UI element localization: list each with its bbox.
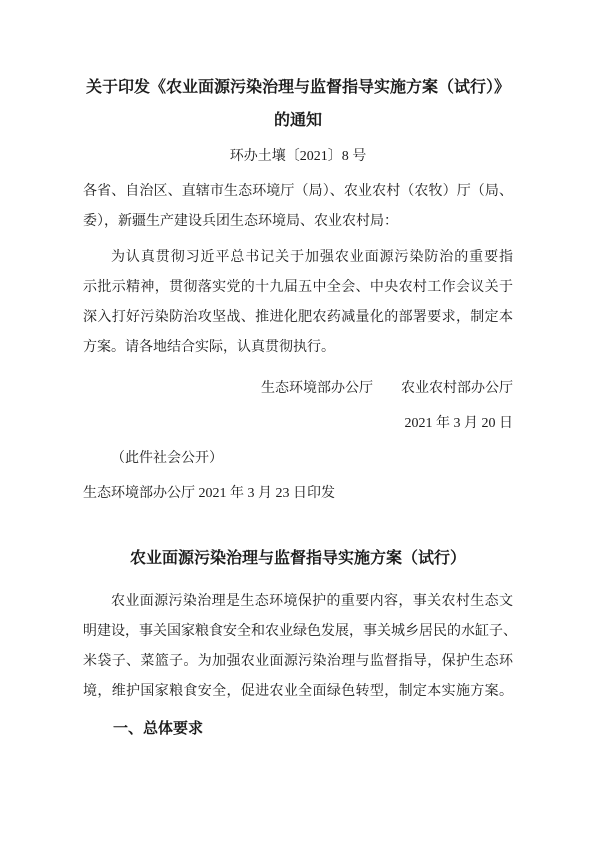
signature-date: 2021 年 3 月 20 日: [83, 406, 513, 441]
public-note: （此件社会公开）: [83, 441, 513, 476]
plan-intro-line-4: 境，维护国家粮食安全，促进农业全面绿色转型，制定本实施方案。: [83, 677, 513, 707]
signature-offices: 生态环境部办公厅 农业农村部办公厅: [83, 371, 513, 406]
notice-title-line-2: 的通知: [83, 103, 513, 136]
notice-title-line-1: 关于印发《农业面源污染治理与监督指导实施方案（试行）》: [83, 70, 513, 103]
recipients-line-2: 委），新疆生产建设兵团生态环境局、农业农村局：: [83, 207, 513, 237]
notice-title: 关于印发《农业面源污染治理与监督指导实施方案（试行）》 的通知: [83, 70, 513, 136]
plan-title: 农业面源污染治理与监督指导实施方案（试行）: [83, 543, 513, 573]
plan-intro-line-1: 农业面源污染治理是生态环境保护的重要内容，事关农村生态文: [83, 587, 513, 617]
plan-intro-paragraph: 农业面源污染治理是生态环境保护的重要内容，事关农村生态文 明建设，事关国家粮食安…: [83, 587, 513, 707]
plan-intro-line-3: 米袋子、菜篮子。为加强农业面源污染治理与监督指导，保护生态环: [83, 647, 513, 677]
section-heading: 一、总体要求: [83, 713, 513, 743]
notice-body-line-1: 为认真贯彻习近平总书记关于加强农业面源污染防治的重要指: [83, 243, 513, 273]
notice-body-line-4: 方案。请各地结合实际，认真贯彻执行。: [83, 333, 513, 363]
plan-intro-line-2: 明建设，事关国家粮食安全和农业绿色发展，事关城乡居民的水缸子、: [83, 617, 513, 647]
print-note: 生态环境部办公厅 2021 年 3 月 23 日印发: [83, 476, 513, 511]
signature-block: 生态环境部办公厅 农业农村部办公厅 2021 年 3 月 20 日: [83, 371, 513, 441]
notice-body-line-3: 深入打好污染防治攻坚战、推进化肥农药减量化的部署要求，制定本: [83, 303, 513, 333]
notice-body-line-2: 示批示精神，贯彻落实党的十九届五中全会、中央农村工作会议关于: [83, 273, 513, 303]
notice-body-paragraph: 为认真贯彻习近平总书记关于加强农业面源污染防治的重要指 示批示精神，贯彻落实党的…: [83, 243, 513, 363]
recipients-paragraph: 各省、自治区、直辖市生态环境厅（局）、农业农村（农牧）厅（局、 委），新疆生产建…: [83, 177, 513, 237]
doc-number: 环办土壤〔2021〕8 号: [83, 142, 513, 172]
recipients-line-1: 各省、自治区、直辖市生态环境厅（局）、农业农村（农牧）厅（局、: [83, 177, 513, 207]
document-page: 关于印发《农业面源污染治理与监督指导实施方案（试行）》 的通知 环办土壤〔202…: [0, 0, 595, 841]
